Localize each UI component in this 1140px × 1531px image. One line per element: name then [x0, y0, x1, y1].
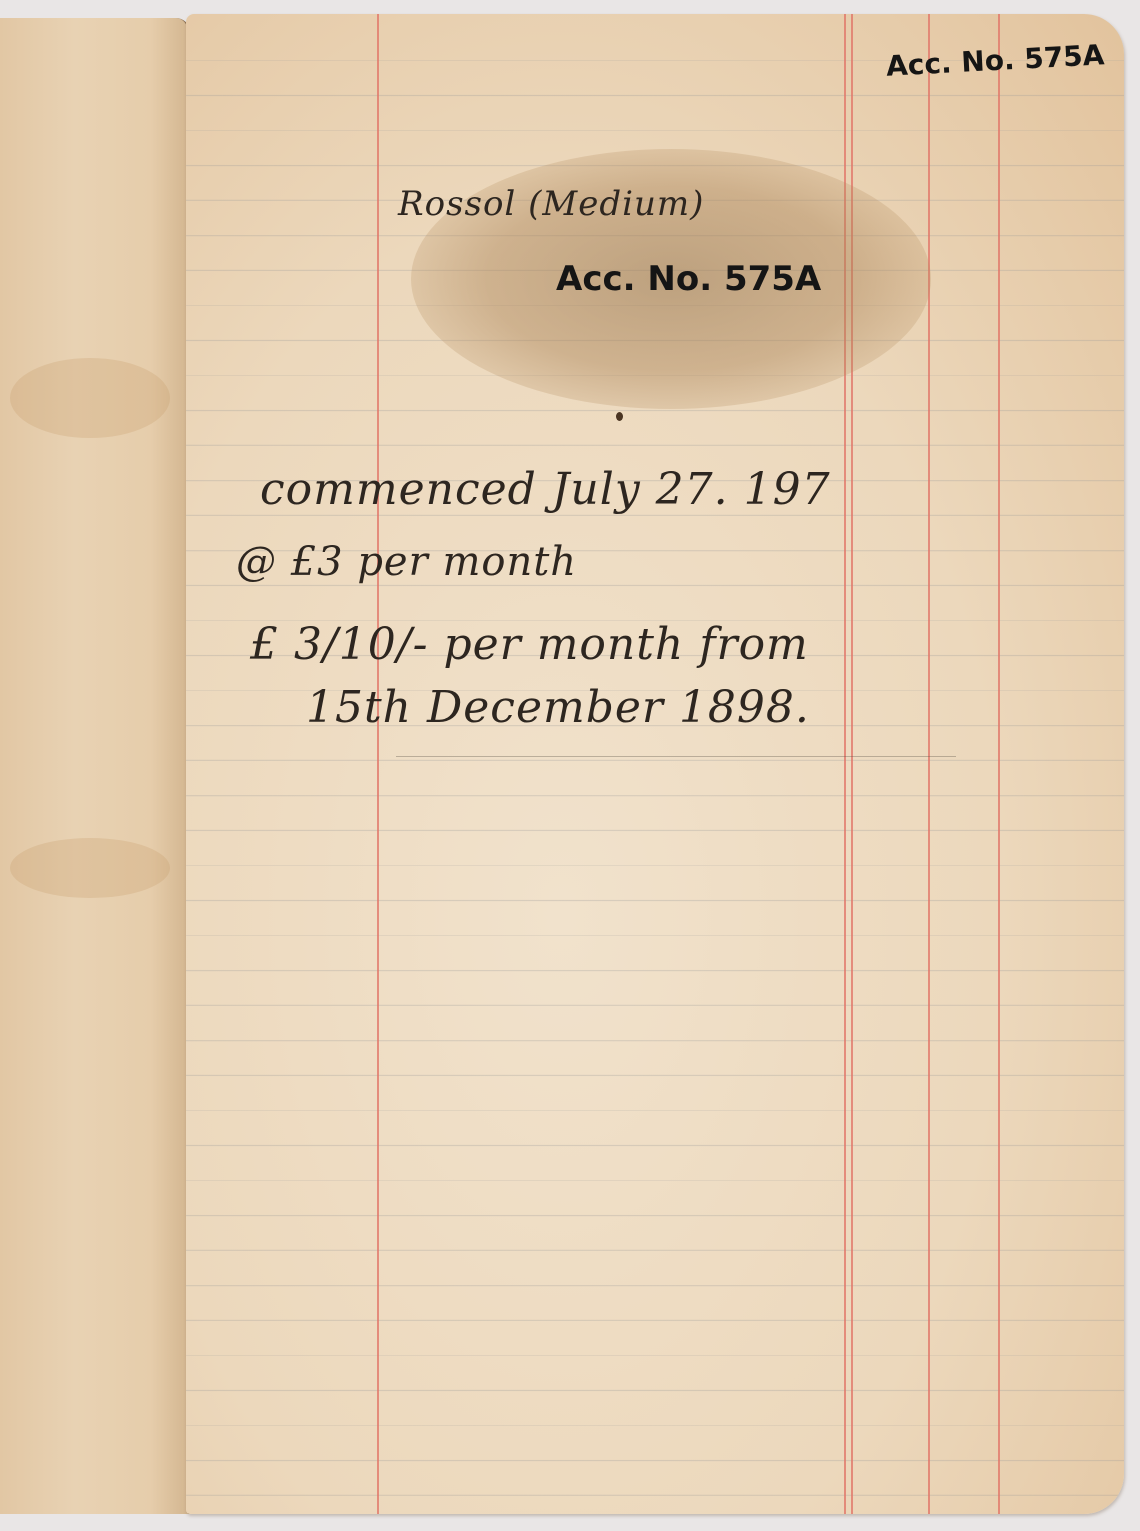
paper-stain [10, 358, 170, 438]
entry-line-1: commenced July 27. 197 [260, 464, 831, 515]
entry-line-3: £ 3/10/- per month from [250, 619, 809, 670]
right-page: Acc. No. 575A Rossol (Medium) Acc. No. 5… [186, 14, 1124, 1514]
underline-rule [396, 756, 956, 757]
title-line: Rossol (Medium) [398, 184, 704, 224]
column-line [998, 14, 1000, 1514]
margin-line [377, 14, 379, 1514]
entry-line-4: 15th December 1898. [306, 682, 810, 733]
accession-number: Acc. No. 575A [556, 259, 821, 299]
entry-line-2: @ £3 per month [236, 539, 577, 585]
column-line [928, 14, 930, 1514]
paper-stain [10, 838, 170, 898]
left-page [0, 18, 190, 1514]
ink-spot [616, 412, 623, 421]
